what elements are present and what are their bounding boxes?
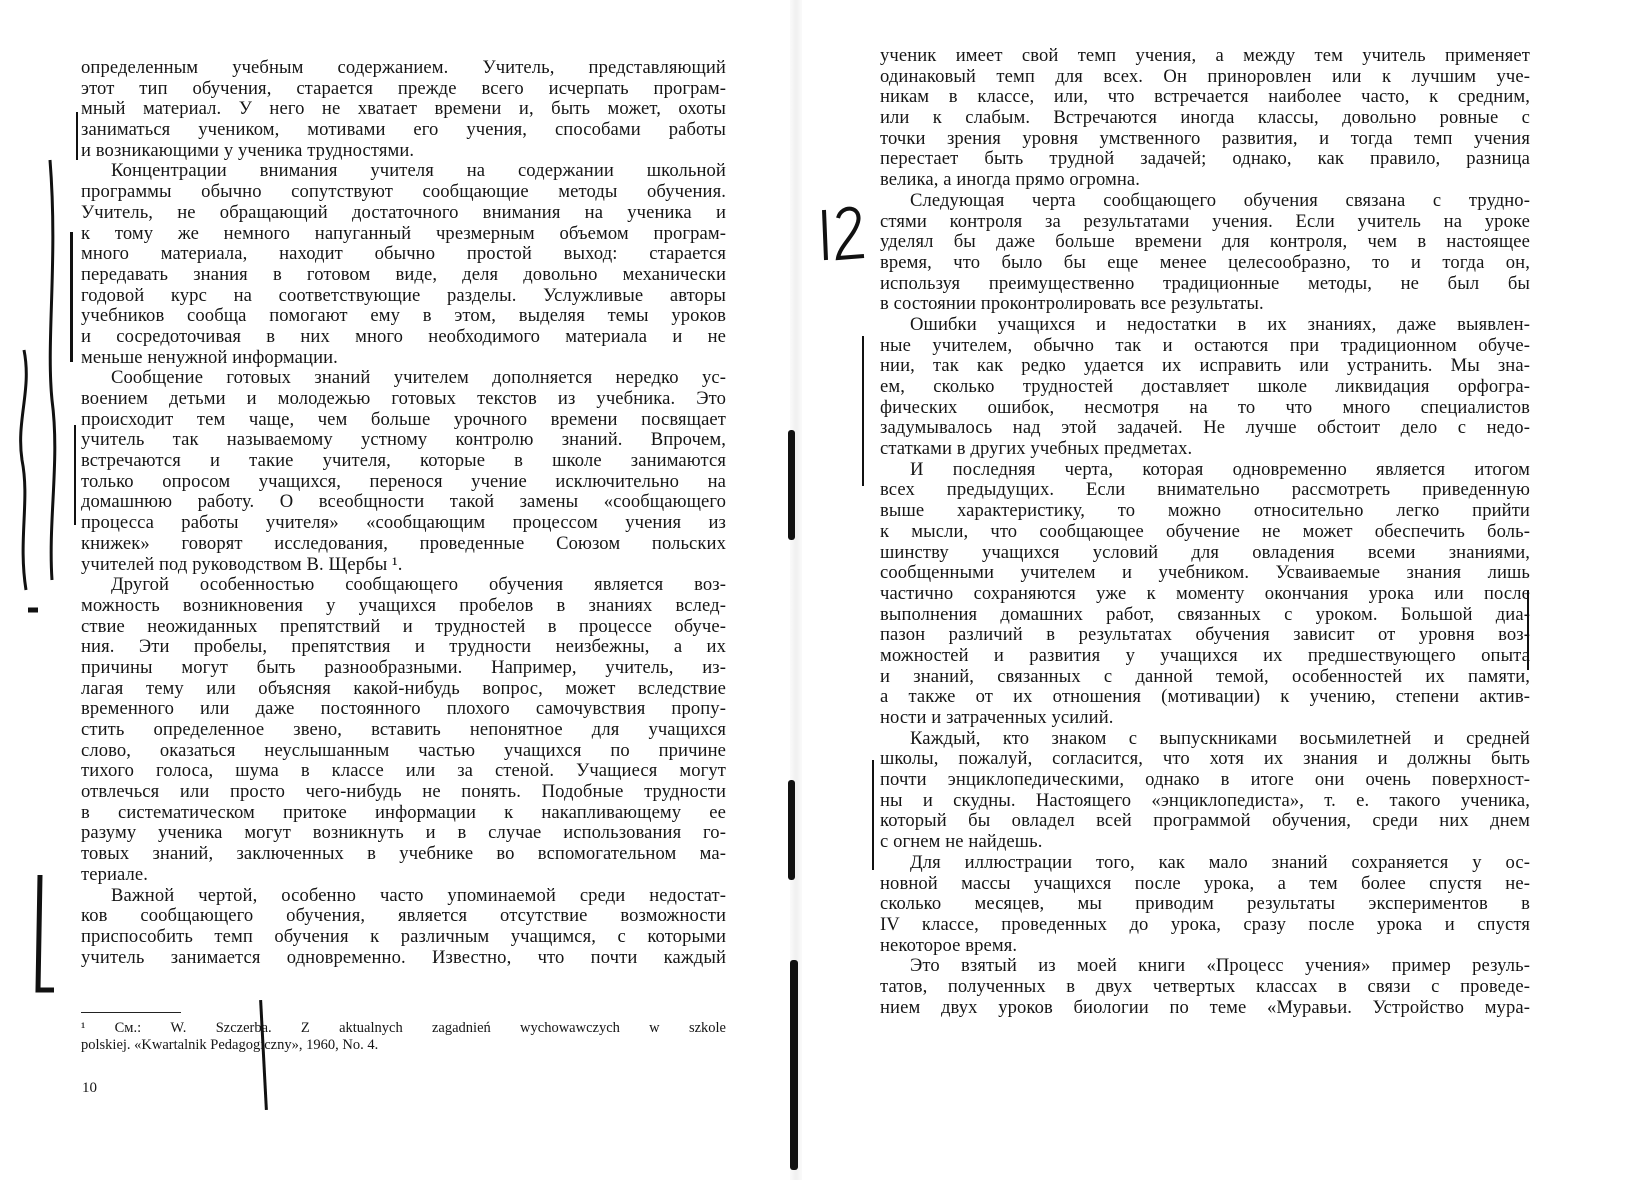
text-line: определенным учебным содержанием. Учител…: [81, 58, 726, 79]
scan-edge-mark: [788, 780, 795, 880]
text-line: одинаковый темп для всех. Он приноровлен…: [880, 67, 1530, 88]
margin-bracket: [862, 336, 864, 486]
text-line: ны и скудны. Настоящего «энциклопедиста»…: [880, 791, 1530, 812]
text-line: ния. Эти пробелы, препятствия и трудност…: [81, 637, 726, 658]
margin-bracket: [872, 760, 874, 870]
text-line: домашнюю работу. О всеобщности такой зам…: [81, 492, 726, 513]
text-line: мный материал. У него не хватает времени…: [81, 99, 726, 120]
text-line: можность возникновения у учащихся пробел…: [81, 596, 726, 617]
text-line: териале.: [81, 865, 726, 886]
text-line: программы обычно сопутствуют сообщающие …: [81, 182, 726, 203]
text-line: лагая тему или объясняя какой-нибудь воп…: [81, 679, 726, 700]
margin-bracket: [1527, 590, 1529, 670]
text-line: татов, полученных в двух четвертых класс…: [880, 977, 1530, 998]
text-line: передавать знания в готовом виде, деля д…: [81, 265, 726, 286]
text-line: разуму ученика могут возникнуть и в случ…: [81, 823, 726, 844]
right-page: ученик имеет свой темп учения, а между т…: [800, 0, 1651, 1180]
margin-bracket: [76, 112, 78, 160]
scan-edge-mark: [788, 430, 795, 540]
text-line: и сосредоточивая в них много необходимог…: [81, 327, 726, 348]
text-line: пазон различий в результатах обучения за…: [880, 625, 1530, 646]
text-line: перестает быть трудной задачей; однако, …: [880, 149, 1530, 170]
text-line: товых знаний, заключенных в учебнике во …: [81, 844, 726, 865]
text-line: учебников сообща помогают ему в этом, вы…: [81, 306, 726, 327]
text-line: И последняя черта, которая одновременно …: [880, 460, 1530, 481]
text-line: сколько месяцев, мы приводим результаты …: [880, 894, 1530, 915]
text-line: отвлечься или просто чего-нибудь не поня…: [81, 782, 726, 803]
text-line: к мысли, что сообщающее обучение не може…: [880, 522, 1530, 543]
text-line: а также от их отношения (мотивации) к уч…: [880, 687, 1530, 708]
text-line: выше характеристику, то можно относитель…: [880, 501, 1530, 522]
text-line: школы, пожалуй, согласится, что хотя их …: [880, 749, 1530, 770]
text-line: встречаются и такие учителя, которые в ш…: [81, 451, 726, 472]
text-line: в состоянии проконтролировать все резуль…: [880, 294, 1530, 315]
text-line: заниматься учеником, мотивами его учения…: [81, 120, 726, 141]
text-line: Следующая черта сообщающего обучения свя…: [880, 191, 1530, 212]
margin-bracket: [74, 425, 76, 525]
text-line: стями контроля за результатами учения. Е…: [880, 212, 1530, 233]
left-page: определенным учебным содержанием. Учител…: [0, 0, 790, 1180]
text-line: почти энциклопедическими, однако в итоге…: [880, 770, 1530, 791]
text-line: ученик имеет свой темп учения, а между т…: [880, 46, 1530, 67]
text-line: статками в других учебных предметах.: [880, 439, 1530, 460]
margin-stroke: [259, 1000, 268, 1110]
text-line: учителей под руководством В. Щербы ¹.: [81, 555, 726, 576]
text-line: Это взятый из моей книги «Процесс учения…: [880, 956, 1530, 977]
handwritten-margin-note-icon: [8, 140, 78, 620]
text-line: к тому же немного напуганный чрезмерным …: [81, 224, 726, 245]
text-line: учитель занимается одновременно. Известн…: [81, 948, 726, 969]
text-line: воением детьми и молодежью готовых текст…: [81, 389, 726, 410]
text-line: причины могут быть разнообразными. Напри…: [81, 658, 726, 679]
text-line: используя преимущественно традиционные м…: [880, 274, 1530, 295]
text-line: время, что было бы еще менее целесообраз…: [880, 253, 1530, 274]
text-line: тихого голоса, шума в классе или за стен…: [81, 761, 726, 782]
text-line: и знаний, связанных с данной темой, особ…: [880, 667, 1530, 688]
text-line: можностей и развития у учащихся их предш…: [880, 646, 1530, 667]
text-line: новной массы учащихся после урока, а тем…: [880, 874, 1530, 895]
text-line: Каждый, кто знаком с выпускниками восьми…: [880, 729, 1530, 750]
handwritten-number-icon: [820, 200, 870, 270]
text-line: или к слабым. Встречаются иногда классы,…: [880, 108, 1530, 129]
text-line: точки зрения уровня умственного развития…: [880, 129, 1530, 150]
text-line: только опросом учащихся, перенося учение…: [81, 472, 726, 493]
left-page-body: определенным учебным содержанием. Учител…: [81, 58, 726, 968]
margin-bracket: [70, 232, 73, 362]
text-line: выполнения домашних работ, связанных с у…: [880, 605, 1530, 626]
text-line: меньше ненужной информации.: [81, 348, 726, 369]
text-line: Учитель, не обращающий достаточного вним…: [81, 203, 726, 224]
text-line: стить определенное звено, вставить непон…: [81, 720, 726, 741]
text-line: книжек» говорят исследования, проведенны…: [81, 534, 726, 555]
text-line: который бы овладел всей программой обуче…: [880, 811, 1530, 832]
handwritten-arrow-icon: [20, 870, 60, 1010]
text-line: частично сохраняются уже к моменту оконч…: [880, 584, 1530, 605]
text-line: ности и затраченных усилий.: [880, 708, 1530, 729]
footnote-line: ¹ См.: W. Szczerba. Z aktualnych zagadni…: [81, 1020, 726, 1037]
text-line: велика, а иногда прямо огромна.: [880, 170, 1530, 191]
text-line: ков сообщающего обучения, является отсут…: [81, 906, 726, 927]
page-number-left: 10: [82, 1080, 97, 1097]
text-line: ем, сколько трудностей доставляет школе …: [880, 377, 1530, 398]
footnote: ¹ См.: W. Szczerba. Z aktualnych zagadni…: [81, 1020, 726, 1054]
text-line: временного или даже постоянного плохого …: [81, 699, 726, 720]
text-line: и возникающими у ученика трудностями.: [81, 141, 726, 162]
text-line: Важной чертой, особенно часто упоминаемо…: [81, 886, 726, 907]
footnote-line: polskiej. «Kwartalnik Pedagogiczny», 196…: [81, 1037, 726, 1054]
text-line: IV классе, проведенных до урока, сразу п…: [880, 915, 1530, 936]
text-line: некоторое время.: [880, 936, 1530, 957]
text-line: с огнем не найдешь.: [880, 832, 1530, 853]
text-line: Для иллюстрации того, как мало знаний со…: [880, 853, 1530, 874]
text-line: происходит тем чаще, чем больше урочного…: [81, 410, 726, 431]
text-line: процесса работы учителя» «сообщающим про…: [81, 513, 726, 534]
text-line: этот тип обучения, старается прежде всег…: [81, 79, 726, 100]
text-line: нием двух уроков биологии по теме «Мурав…: [880, 998, 1530, 1019]
text-line: много материала, находит обычно простой …: [81, 244, 726, 265]
text-line: Ошибки учащихся и недостатки в их знания…: [880, 315, 1530, 336]
text-line: годовой курс на соответствующие разделы.…: [81, 286, 726, 307]
text-line: ные учителем, обычно так и остаются при …: [880, 336, 1530, 357]
text-line: никам в классе, или, что встречается наи…: [880, 87, 1530, 108]
text-line: задумывалось над этой задачей. Не лучше …: [880, 418, 1530, 439]
text-line: Другой особенностью сообщающего обучения…: [81, 575, 726, 596]
text-line: фических ошибок, несмотря на то что мног…: [880, 398, 1530, 419]
text-line: нии, так как редко удается их исправить …: [880, 356, 1530, 377]
text-line: ствие неожиданных препятствий и трудност…: [81, 617, 726, 638]
text-line: сообщенными учителем и учебником. Усваив…: [880, 563, 1530, 584]
scan-edge-mark: [790, 960, 798, 1170]
text-line: Сообщение готовых знаний учителем дополн…: [81, 368, 726, 389]
footnote-divider: [81, 1012, 181, 1013]
text-line: шинству учащихся условий для овладения в…: [880, 543, 1530, 564]
text-line: в систематическом притоке информации к н…: [81, 803, 726, 824]
text-line: слово, оказаться неуслышанным частью уча…: [81, 741, 726, 762]
text-line: Концентрации внимания учителя на содержа…: [81, 161, 726, 182]
text-line: всех предыдущих. Если внимательно рассмо…: [880, 480, 1530, 501]
text-line: учитель так называемому устному контролю…: [81, 430, 726, 451]
right-page-body: ученик имеет свой темп учения, а между т…: [880, 46, 1530, 1018]
text-line: уделял бы даже больше времени для контро…: [880, 232, 1530, 253]
text-line: приспособить темп обучения к различным у…: [81, 927, 726, 948]
